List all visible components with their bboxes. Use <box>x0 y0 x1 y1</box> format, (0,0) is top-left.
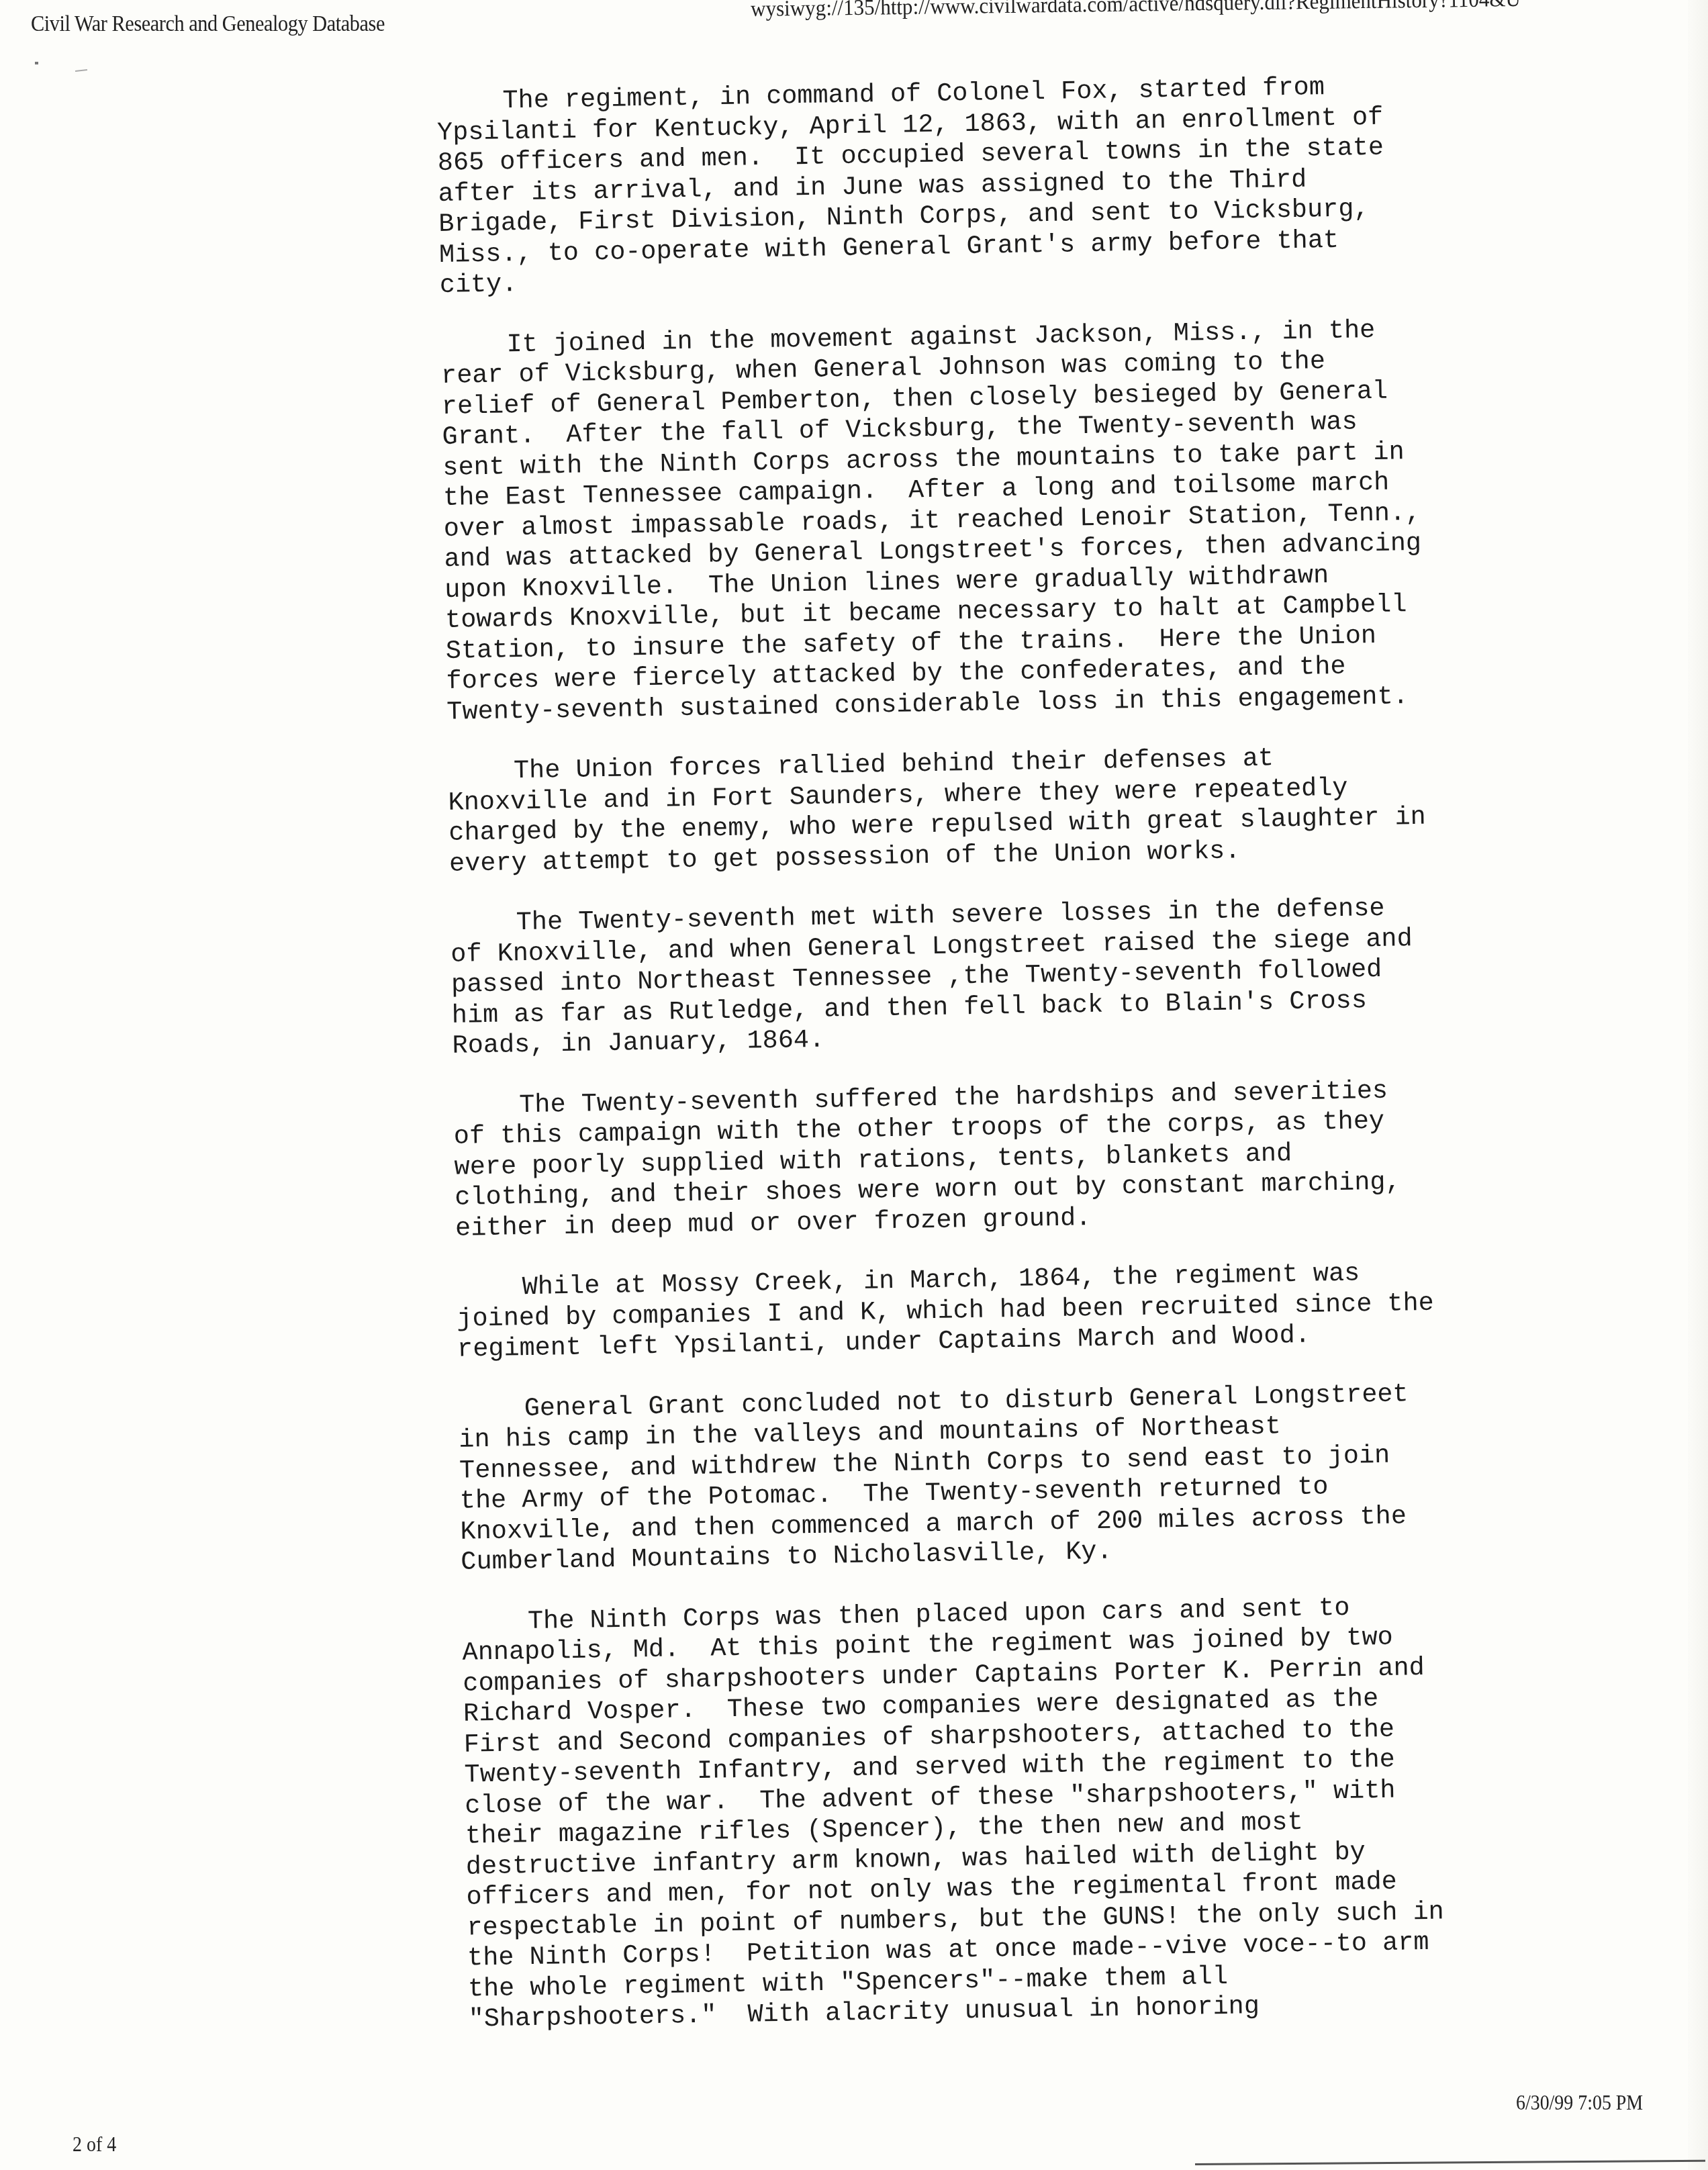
scan-artifact <box>35 62 62 67</box>
paragraph: The Union forces rallied behind their de… <box>448 739 1564 879</box>
paragraph: While at Mossy Creek, in March, 1864, th… <box>456 1255 1572 1365</box>
scan-speck <box>35 62 38 64</box>
paragraph: The regiment, in command of Colonel Fox,… <box>436 68 1554 301</box>
paragraph: The Twenty-seventh met with severe losse… <box>450 890 1567 1062</box>
scan-speck <box>75 69 87 72</box>
site-title: Civil War Research and Genealogy Databas… <box>31 12 385 37</box>
paragraph: General Grant concluded not to disturb G… <box>458 1376 1575 1578</box>
page-url: wysiwyg://135/http://www.civilwardata.co… <box>751 0 1521 22</box>
paragraph: It joined in the movement against Jackso… <box>440 312 1562 728</box>
paragraph: The Ninth Corps was then placed upon car… <box>462 1589 1583 2035</box>
page-indicator: 2 of 4 <box>73 2132 116 2157</box>
page-bottom-edge <box>1195 2160 1705 2165</box>
page-edge-shadow <box>1688 0 1708 2170</box>
print-timestamp: 6/30/99 7:05 PM <box>1516 2091 1643 2115</box>
paragraph: The Twenty-seventh suffered the hardship… <box>453 1073 1570 1244</box>
regiment-history-text: The regiment, in command of Colonel Fox,… <box>436 68 1584 2065</box>
